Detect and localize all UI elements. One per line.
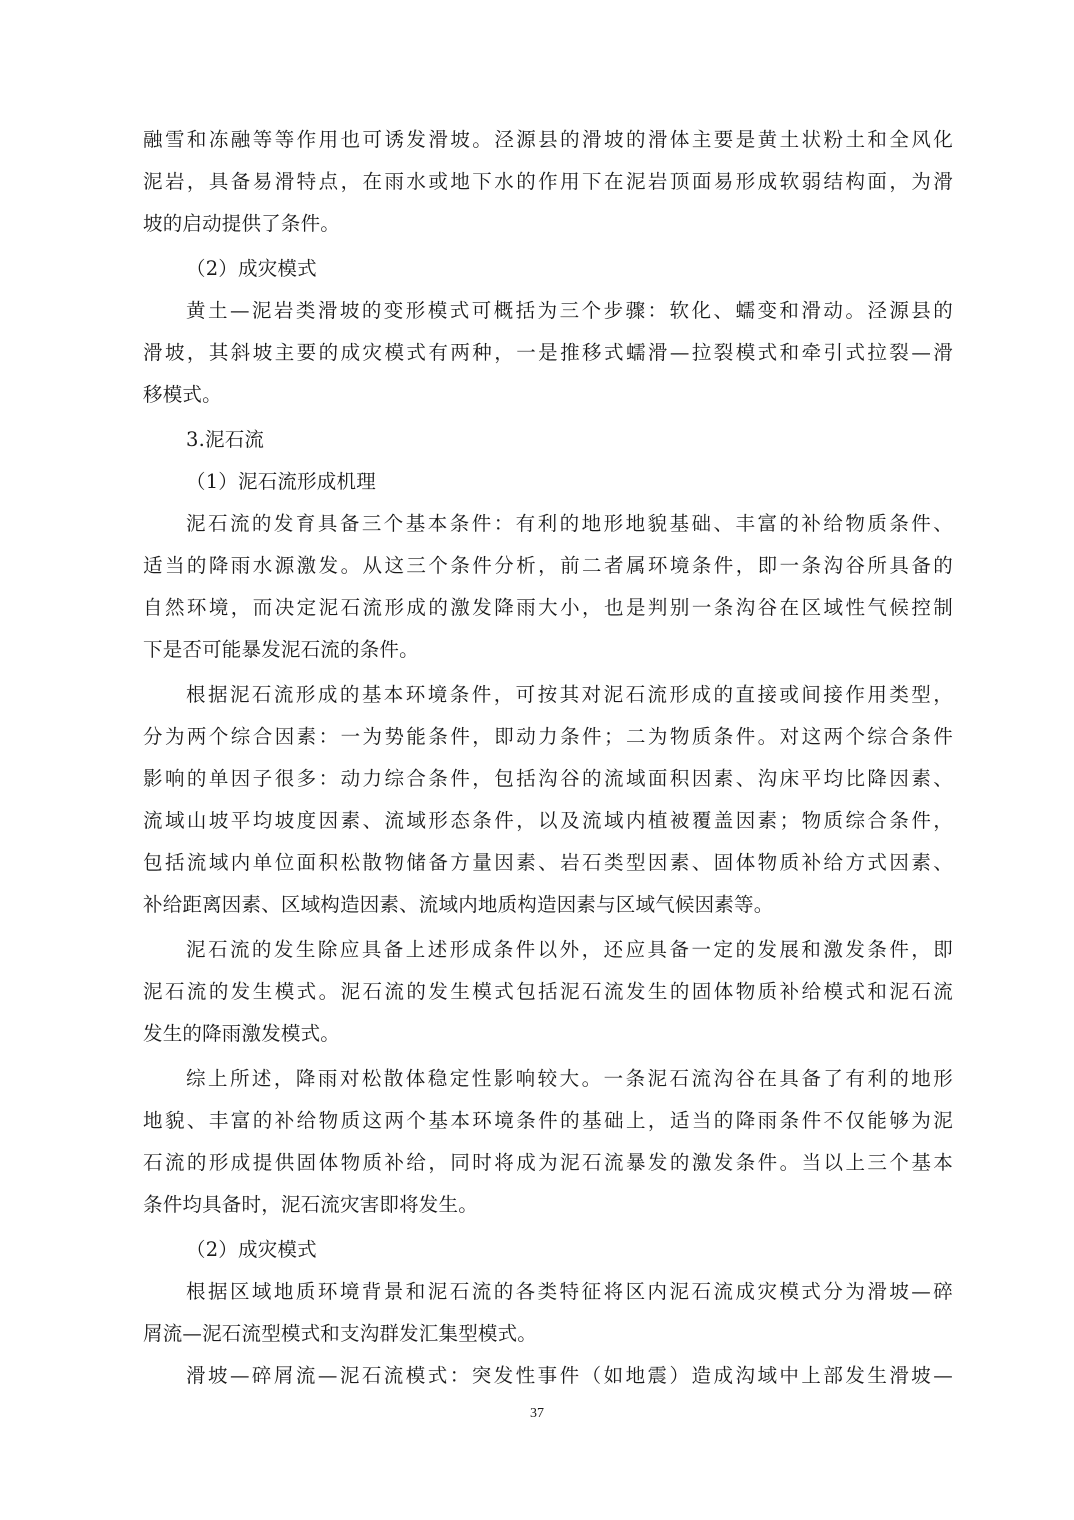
paragraph-line: 泥石流的发生除应具备上述形成条件以外，还应具备一定的发展和激发条件，即 xyxy=(186,938,953,962)
paragraph-line: 补给距离因素、区域构造因素、流域内地质构造因素与区域气候因素等。 xyxy=(143,893,953,917)
paragraph-line: 滑坡，其斜坡主要的成灾模式有两种，一是推移式蠕滑—拉裂模式和牵引式拉裂—滑 xyxy=(143,341,953,365)
document-page: 融雪和冻融等等作用也可诱发滑坡。泾源县的滑坡的滑体主要是黄土状粉土和全风化泥岩，… xyxy=(0,0,1074,1520)
paragraph-line: 坡的启动提供了条件。 xyxy=(143,212,953,236)
paragraph-line: 屑流—泥石流型模式和支沟群发汇集型模式。 xyxy=(143,1322,953,1346)
paragraph-line: 移模式。 xyxy=(143,383,953,407)
paragraph-line: 泥石流的发生模式。泥石流的发生模式包括泥石流发生的固体物质补给模式和泥石流 xyxy=(143,980,953,1004)
section-heading: 3.泥石流 xyxy=(186,428,953,452)
page-number: 37 xyxy=(0,1405,1074,1423)
paragraph-line: 地貌、丰富的补给物质这两个基本环境条件的基础上，适当的降雨条件不仅能够为泥 xyxy=(143,1109,953,1133)
paragraph-line: 分为两个综合因素：一为势能条件，即动力条件；二为物质条件。对这两个综合条件 xyxy=(143,725,953,749)
paragraph-line: 泥石流的发育具备三个基本条件：有利的地形地貌基础、丰富的补给物质条件、 xyxy=(186,512,953,536)
paragraph-line: 滑坡—碎屑流—泥石流模式：突发性事件（如地震）造成沟域中上部发生滑坡— xyxy=(186,1364,953,1388)
subsection-heading: （2）成灾模式 xyxy=(186,257,953,281)
paragraph-line: 泥岩，具备易滑特点，在雨水或地下水的作用下在泥岩顶面易形成软弱结构面，为滑 xyxy=(143,170,953,194)
paragraph-line: 流域山坡平均坡度因素、流域形态条件，以及流域内植被覆盖因素；物质综合条件， xyxy=(143,809,953,833)
paragraph-line: 综上所述，降雨对松散体稳定性影响较大。一条泥石流沟谷在具备了有利的地形 xyxy=(186,1067,953,1091)
paragraph-line: 石流的形成提供固体物质补给，同时将成为泥石流暴发的激发条件。当以上三个基本 xyxy=(143,1151,953,1175)
paragraph-line: 发生的降雨激发模式。 xyxy=(143,1022,953,1046)
paragraph-line: 下是否可能暴发泥石流的条件。 xyxy=(143,638,953,662)
subsection-heading: （2）成灾模式 xyxy=(186,1238,953,1262)
paragraph-line: 融雪和冻融等等作用也可诱发滑坡。泾源县的滑坡的滑体主要是黄土状粉土和全风化 xyxy=(143,128,953,152)
subsection-heading: （1）泥石流形成机理 xyxy=(186,470,953,494)
paragraph-line: 黄土—泥岩类滑坡的变形模式可概括为三个步骤：软化、蠕变和滑动。泾源县的 xyxy=(186,299,953,323)
paragraph-line: 根据泥石流形成的基本环境条件，可按其对泥石流形成的直接或间接作用类型， xyxy=(186,683,953,707)
paragraph-line: 适当的降雨水源激发。从这三个条件分析，前二者属环境条件，即一条沟谷所具备的 xyxy=(143,554,953,578)
paragraph-line: 影响的单因子很多：动力综合条件，包括沟谷的流域面积因素、沟床平均比降因素、 xyxy=(143,767,953,791)
paragraph-line: 自然环境，而决定泥石流形成的激发降雨大小，也是判别一条沟谷在区域性气候控制 xyxy=(143,596,953,620)
paragraph-line: 包括流域内单位面积松散物储备方量因素、岩石类型因素、固体物质补给方式因素、 xyxy=(143,851,953,875)
paragraph-line: 条件均具备时，泥石流灾害即将发生。 xyxy=(143,1193,953,1217)
paragraph-line: 根据区域地质环境背景和泥石流的各类特征将区内泥石流成灾模式分为滑坡—碎 xyxy=(186,1280,953,1304)
